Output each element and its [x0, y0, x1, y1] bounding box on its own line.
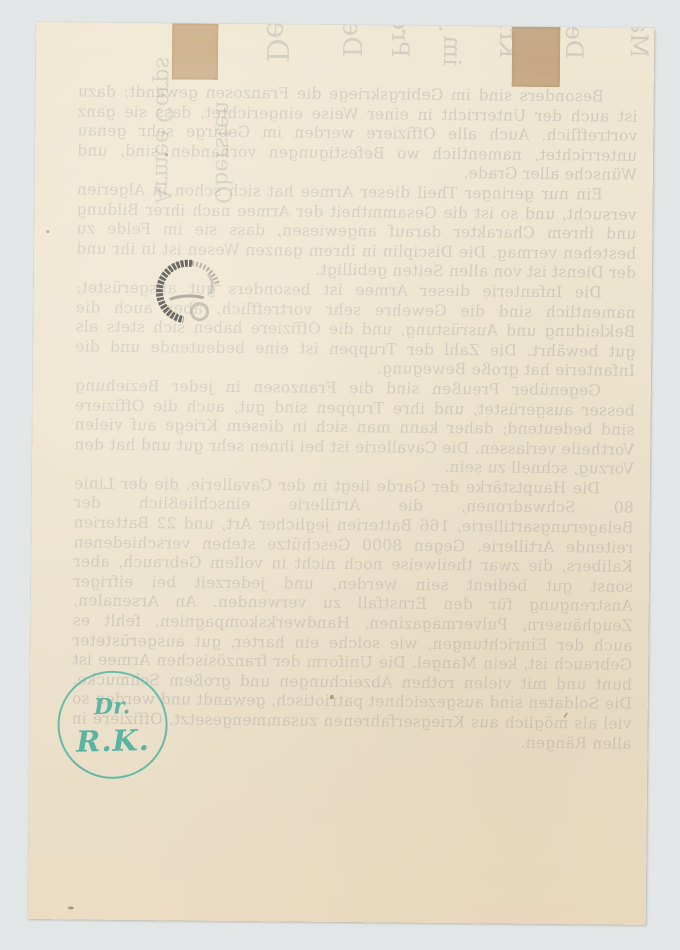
stamp-title: Dr. — [94, 694, 131, 719]
paper-speck — [68, 906, 74, 909]
paper-speck — [165, 153, 168, 156]
bleed-rotated-heading: Der Deutsch-Französische — [560, 22, 591, 59]
bleed-rotated-heading: Der Krieg 1870 — [259, 22, 296, 62]
bleed-rotated-heading: Mars 30 — [625, 22, 654, 58]
paper-speck — [330, 695, 334, 699]
bleed-paragraph: Gegenüber Preußen sind die Franzosen in … — [74, 376, 635, 479]
tape-strip-right — [512, 27, 561, 87]
paper-speck — [46, 230, 49, 233]
stamp-initials: R.K. — [76, 724, 150, 758]
bleed-rotated-heading: Obersten — [210, 101, 236, 204]
bleed-rotated-heading: Deutsch-Französischen Krieges — [336, 22, 370, 57]
bleed-rotated-heading: Preußen und Frankreich — [386, 22, 417, 58]
scanned-document: Besonders sind im Gebirgskriege die Fran… — [0, 0, 680, 950]
tape-strip-left — [172, 23, 219, 79]
paper-card: Besonders sind im Gebirgskriege die Fran… — [28, 22, 655, 925]
bleed-rotated-heading: im Jahre 1870 und 1871 — [438, 22, 469, 66]
partial-ink-stamp-icon — [151, 253, 232, 334]
